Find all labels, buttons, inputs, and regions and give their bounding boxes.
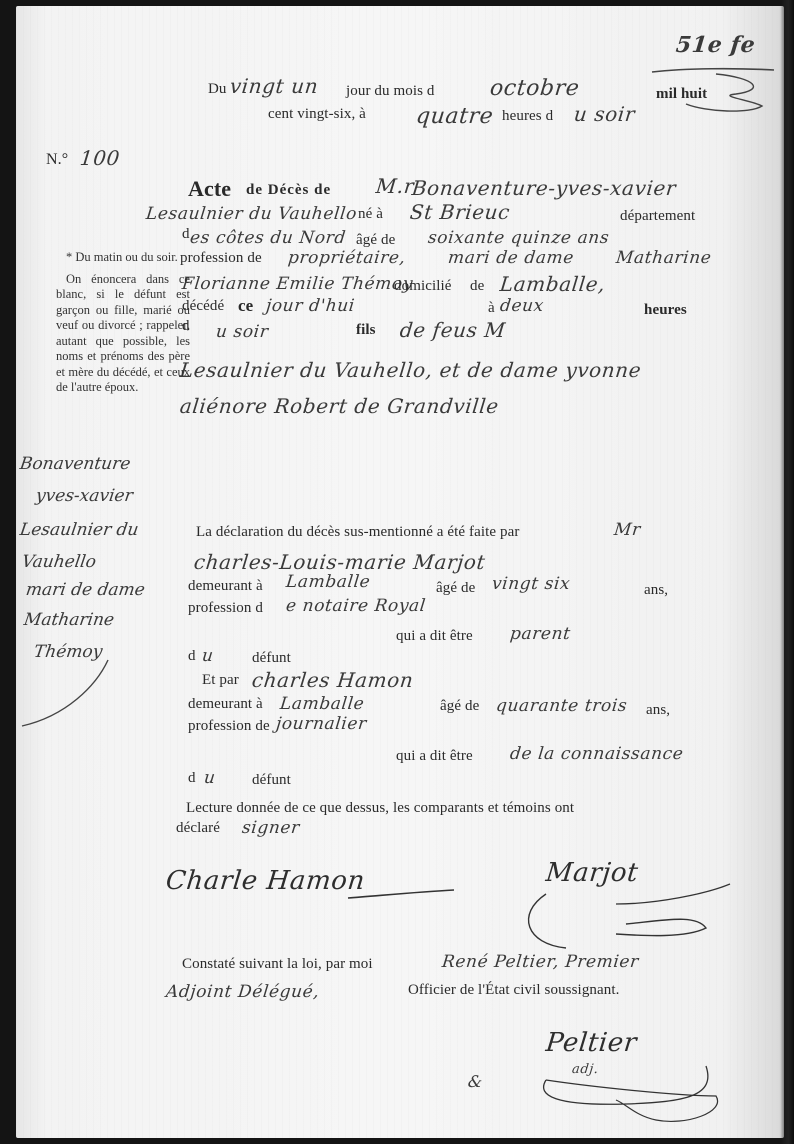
declarant1-profession: e notaire Royal — [285, 596, 427, 616]
margin-instructions: * Du matin ou du soir. On énoncera dans … — [56, 250, 190, 402]
record-number: 100 — [79, 146, 122, 170]
margin-name-line3: Lesaulnier du — [19, 520, 140, 540]
officer-title: Adjoint Délégué, — [165, 982, 320, 1002]
attestation-text: Constaté suivant la loi, par moi — [182, 956, 373, 973]
spouse-line2: Florianne Emilie Thémoy — [181, 274, 414, 294]
declarant2-age-label: âgé de — [440, 698, 479, 715]
declarant1-relation-label: qui a dit être — [396, 628, 473, 645]
declaration-intro: La déclaration du décès sus-mentionné a … — [196, 524, 520, 541]
parents-prefix: de feus M — [399, 318, 507, 342]
margin-name-line1: Bonaventure — [19, 454, 132, 474]
declarant1-defunct-label: défunt — [252, 650, 291, 667]
time-of-day: u soir — [215, 322, 270, 342]
officer-label: Officier de l'État civil soussignant. — [408, 982, 620, 999]
parents-line2: aliénore Robert de Grandville — [179, 394, 500, 418]
header-jour-du-mois: jour du mois d — [346, 83, 435, 100]
header-day: vingt un — [229, 74, 320, 98]
declarant1-of-label: d — [188, 648, 196, 665]
header-month: octobre — [489, 76, 581, 101]
signature-mark: & — [467, 1072, 484, 1091]
declarant1-name: charles-Louis-marie Marjot — [193, 550, 487, 574]
parents-line1: Lesaulnier du Vauhello, et de dame yvonn… — [179, 358, 643, 382]
declarant1-residence: Lamballe — [285, 572, 371, 592]
header-heures: heures d — [502, 108, 553, 125]
signature-hamon: Charle Hamon — [164, 866, 366, 896]
profession: propriétaire, — [287, 248, 407, 268]
age-label: âgé de — [356, 232, 395, 249]
declared-label: déclaré — [176, 820, 220, 837]
deceased-hour: deux — [499, 296, 545, 316]
register-page: 51e fe Du vingt un jour du mois d octobr… — [16, 6, 784, 1138]
deceased-when: jour d'hui — [265, 296, 356, 316]
header-mil-huit: mil huit — [656, 86, 707, 103]
reading-text: Lecture donnée de ce que dessus, les com… — [186, 800, 574, 817]
margin-name-line4: Vauhello — [21, 552, 98, 572]
birthplace: St Brieuc — [409, 200, 512, 224]
declarant2-residing-label: demeurant à — [188, 696, 263, 713]
declarant2-relation: de la connaissance — [509, 744, 685, 764]
margin-name-line6: Matharine — [23, 610, 116, 630]
record-number-label: N.° — [46, 151, 68, 169]
header-hour: quatre — [415, 104, 495, 129]
signature-marjot-flourish — [506, 864, 736, 954]
declared-value: signer — [241, 818, 301, 838]
signature-peltier: Peltier — [544, 1028, 638, 1058]
declarant1-of: u — [201, 646, 215, 666]
domicile-prefix: de — [470, 278, 484, 295]
margin-name-line2: yves-xavier — [35, 486, 134, 506]
and-by-label: Et par — [202, 672, 239, 689]
declarant2-defunct-label: défunt — [252, 772, 291, 789]
deceased-title: M.r — [375, 174, 416, 198]
born-label: né à — [358, 206, 383, 223]
margin-flourish — [16, 656, 126, 736]
hours-label: heures — [644, 302, 687, 319]
declarant1-age: vingt six — [491, 574, 571, 594]
declarant1-profession-label: profession d — [188, 600, 263, 617]
declarant2-of-label: d — [188, 770, 196, 787]
age: soixante quinze ans — [427, 228, 610, 248]
declarant1-years-label: ans, — [644, 582, 668, 599]
folio-note: 51e fe — [675, 32, 757, 58]
son-label: fils — [356, 322, 376, 339]
title-de-deces: de Décès de — [246, 182, 331, 199]
profession-label: profession de — [180, 250, 262, 267]
department-label: département — [620, 208, 695, 225]
at-label: à — [488, 300, 495, 317]
declarant2-name: charles Hamon — [251, 668, 415, 692]
signature-peltier-flourish — [526, 1056, 726, 1136]
declarant2-of: u — [203, 768, 217, 788]
declarant2-relation-label: qui a dit être — [396, 748, 473, 765]
header-time-of-day: u soir — [573, 102, 637, 126]
domicile: Lamballe, — [499, 272, 607, 296]
margin-note-2: On énoncera dans ce blanc, si le défunt … — [56, 272, 190, 396]
declarant1-residing-label: demeurant à — [188, 578, 263, 595]
declarant2-years-label: ans, — [646, 702, 670, 719]
margin-name-line5: mari de dame — [25, 580, 147, 600]
title-acte: Acte — [188, 176, 231, 202]
domicile-label: domicilié — [394, 278, 452, 295]
signature-hamon-underline — [346, 886, 456, 906]
declarant1-age-label: âgé de — [436, 580, 475, 597]
page-edge-shadow — [780, 0, 794, 1144]
declarant2-profession: journalier — [275, 714, 368, 734]
header-du: Du — [208, 81, 227, 98]
declarant1-title: Mr — [613, 520, 642, 540]
spouse-prefix: mari de dame — [447, 248, 575, 268]
margin-note-1: * Du matin ou du soir. — [56, 250, 190, 266]
officer-name: René Peltier, Premier — [441, 952, 640, 972]
scanned-document: 51e fe Du vingt un jour du mois d octobr… — [0, 0, 794, 1144]
department-prefix: d — [182, 226, 190, 243]
declarant2-profession-label: profession de — [188, 718, 270, 735]
deceased-surname: Lesaulnier du Vauhello — [145, 204, 358, 224]
spouse-line1: Matharine — [615, 248, 713, 268]
declarant1-relation: parent — [509, 624, 572, 644]
declarant2-residence: Lamballe — [279, 694, 365, 714]
deceased-given-names: Bonaventure-yves-xavier — [411, 176, 678, 200]
department: es côtes du Nord — [189, 228, 347, 248]
deceased-marker: ce — [238, 296, 253, 316]
header-cent-vingt-six: cent vingt-six, à — [268, 106, 366, 123]
declarant2-age: quarante trois — [495, 696, 628, 716]
